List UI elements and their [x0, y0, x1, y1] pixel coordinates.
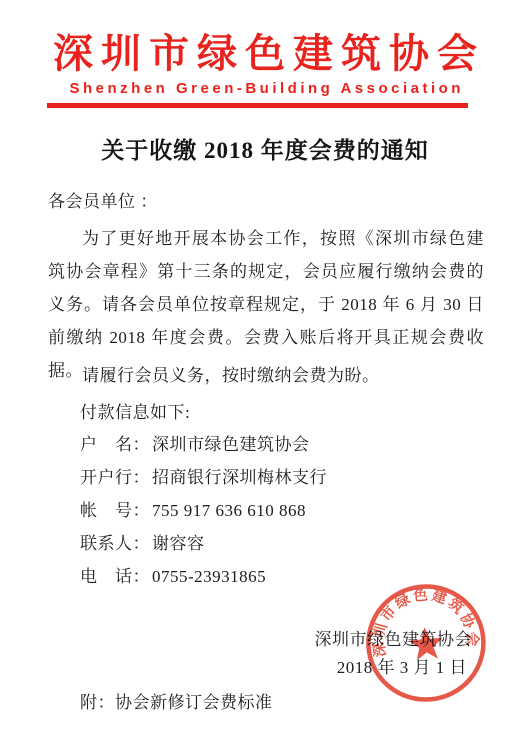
signature-date: 2018 年 3 月 1 日 — [315, 654, 473, 682]
payment-row-phone: 电 话：0755-23931865 — [80, 560, 327, 593]
payment-separator: ： — [133, 527, 151, 560]
payment-row-contact-person: 联系人：谢容容 — [80, 527, 327, 560]
attachment-note: 附：协会新修订会费标准 — [80, 686, 273, 719]
payment-row-account-name: 户 名：深圳市绿色建筑协会 — [80, 428, 327, 461]
payment-separator: ： — [133, 461, 151, 494]
payment-value: 谢容容 — [152, 527, 205, 560]
payment-label: 开户行 — [80, 461, 133, 494]
document-title: 关于收缴 2018 年度会费的通知 — [0, 134, 530, 167]
body-paragraph-reminder: 请履行会员义务，按时缴纳会费为盼。 — [48, 359, 484, 392]
salutation: 各会员单位 ： — [48, 191, 158, 213]
letterhead-org-name-chinese: 深圳市绿色建筑协会 — [0, 30, 530, 78]
payment-value: 深圳市绿色建筑协会 — [152, 428, 310, 461]
payment-separator: ： — [133, 428, 151, 461]
payment-value: 招商银行深圳梅林支行 — [152, 461, 327, 494]
payment-value: 0755-23931865 — [152, 560, 266, 593]
payment-info-heading: 付款信息如下: — [80, 396, 190, 429]
letterhead-org-name-english: Shenzhen Green-Building Association — [0, 79, 530, 99]
signature-org-name: 深圳市绿色建筑协会 — [315, 626, 473, 654]
payment-label: 联系人 — [80, 527, 133, 560]
signature-block: 深圳市绿色建筑协会 2018 年 3 月 1 日 — [315, 626, 473, 682]
notice-document: 深圳市绿色建筑协会 Shenzhen Green-Building Associ… — [0, 0, 530, 738]
payment-row-bank: 开户行：招商银行深圳梅林支行 — [80, 461, 327, 494]
payment-separator: ： — [133, 560, 151, 593]
letterhead-divider — [47, 103, 468, 108]
payment-label: 户 名 — [80, 428, 133, 461]
payment-separator: ： — [133, 494, 151, 527]
payment-row-account-number: 帐 号：755 917 636 610 868 — [80, 494, 327, 527]
payment-info-list: 户 名：深圳市绿色建筑协会 开户行：招商银行深圳梅林支行 帐 号：755 917… — [80, 428, 327, 593]
payment-value: 755 917 636 610 868 — [152, 494, 306, 527]
payment-label: 电 话 — [80, 560, 133, 593]
payment-label: 帐 号 — [80, 494, 133, 527]
